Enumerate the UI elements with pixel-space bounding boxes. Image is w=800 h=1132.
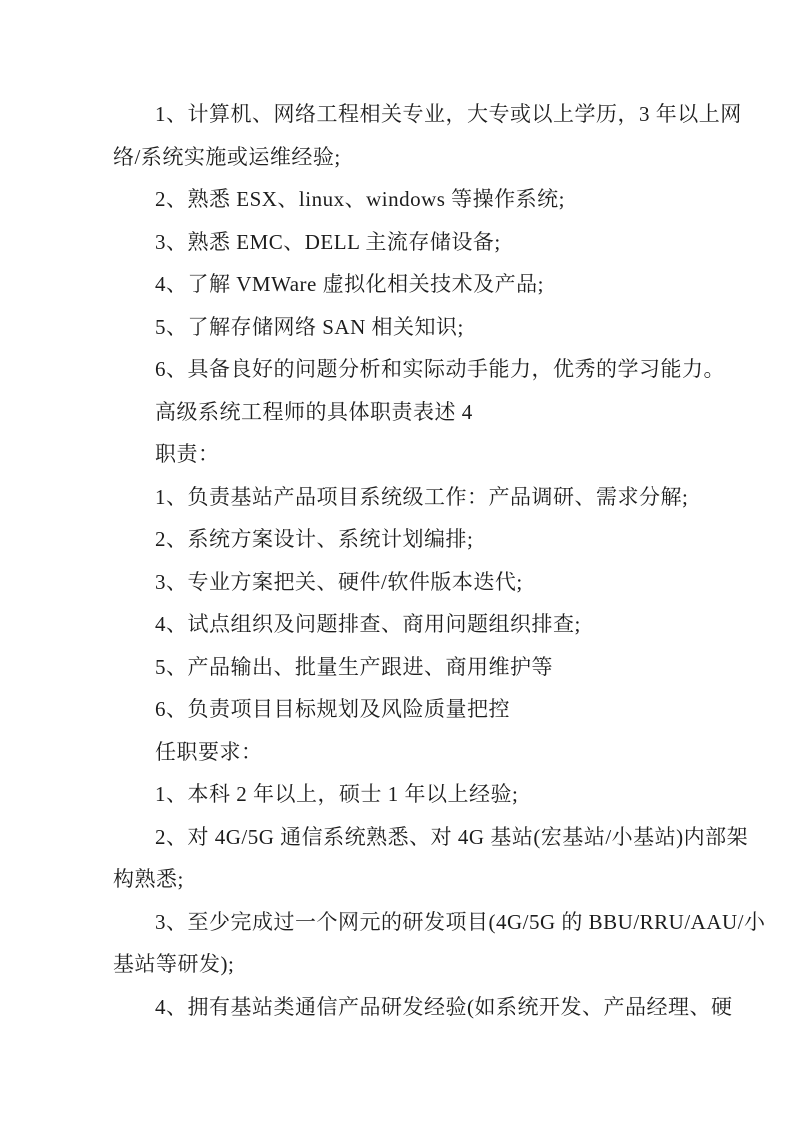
- document-line: 2、系统方案设计、系统计划编排;: [113, 518, 713, 561]
- document-line: 4、了解 VMWare 虚拟化相关技术及产品;: [113, 263, 713, 306]
- document-section-heading: 高级系统工程师的具体职责表述 4: [113, 391, 713, 434]
- document-line: 4、拥有基站类通信产品研发经验(如系统开发、产品经理、硬: [113, 986, 713, 1029]
- document-line: 构熟悉;: [113, 858, 713, 901]
- document-page: 1、计算机、网络工程相关专业，大专或以上学历，3 年以上网 络/系统实施或运维经…: [0, 0, 800, 1132]
- document-line: 3、熟悉 EMC、DELL 主流存储设备;: [113, 221, 713, 264]
- document-line: 3、至少完成过一个网元的研发项目(4G/5G 的 BBU/RRU/AAU/小: [113, 901, 713, 944]
- document-label-duties: 职责：: [113, 433, 713, 476]
- document-line: 络/系统实施或运维经验;: [113, 136, 713, 179]
- document-line: 5、了解存储网络 SAN 相关知识;: [113, 306, 713, 349]
- document-line: 1、负责基站产品项目系统级工作：产品调研、需求分解;: [113, 476, 713, 519]
- document-line: 2、对 4G/5G 通信系统熟悉、对 4G 基站(宏基站/小基站)内部架: [113, 816, 713, 859]
- document-label-requirements: 任职要求：: [113, 731, 713, 774]
- document-line: 4、试点组织及问题排查、商用问题组织排查;: [113, 603, 713, 646]
- document-line: 6、负责项目目标规划及风险质量把控: [113, 688, 713, 731]
- document-line: 1、本科 2 年以上，硕士 1 年以上经验;: [113, 773, 713, 816]
- document-body: 1、计算机、网络工程相关专业，大专或以上学历，3 年以上网 络/系统实施或运维经…: [113, 93, 713, 1028]
- document-line: 1、计算机、网络工程相关专业，大专或以上学历，3 年以上网: [113, 93, 713, 136]
- document-line: 2、熟悉 ESX、linux、windows 等操作系统;: [113, 178, 713, 221]
- document-line: 6、具备良好的问题分析和实际动手能力，优秀的学习能力。: [113, 348, 713, 391]
- document-line: 5、产品输出、批量生产跟进、商用维护等: [113, 646, 713, 689]
- document-line: 基站等研发);: [113, 943, 713, 986]
- document-line: 3、专业方案把关、硬件/软件版本迭代;: [113, 561, 713, 604]
